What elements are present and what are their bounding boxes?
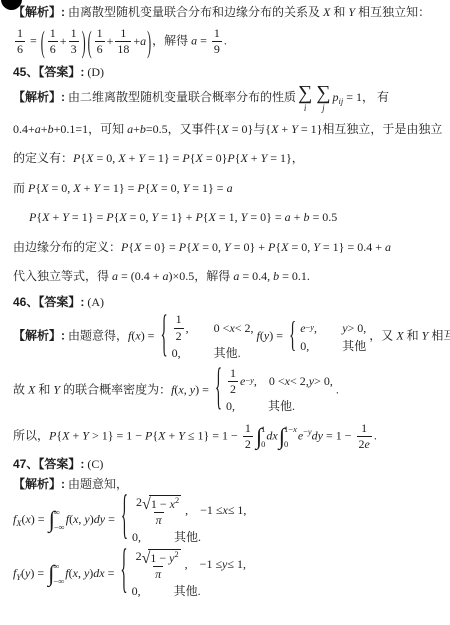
text-run: 其他: [342, 339, 366, 354]
text-run: ) =: [269, 329, 286, 343]
cases-row: 12,0 < x < 2,: [172, 313, 254, 342]
text-run: +: [278, 122, 291, 136]
text-run: +: [165, 429, 178, 443]
cases-rows: 12,0 < x < 2,0,其他.: [172, 313, 254, 360]
text-run: 1 −: [150, 551, 169, 565]
math-var: Y: [62, 210, 69, 224]
math-var: a: [140, 33, 146, 50]
cases-row: 2√1 − x2π,−1 ≤ x ≤ 1,: [132, 495, 246, 527]
text-run: 0,: [300, 339, 309, 354]
math-var: P: [137, 181, 144, 195]
math-var: X: [119, 210, 126, 224]
text-run: < 2,: [290, 374, 309, 389]
denominator: 6: [15, 41, 25, 56]
sum-lower-limit: i: [304, 104, 307, 113]
text-run: ,: [185, 503, 188, 518]
text-run: 1: [17, 26, 23, 40]
text-run: = 0} =: [247, 210, 284, 224]
text-run: ，解得: [152, 33, 191, 47]
text-run: .: [336, 382, 339, 396]
bold-label: 45、【答案】:: [13, 65, 84, 79]
numerator: 2√1 − y2: [134, 549, 183, 566]
text-run: = 0} =: [141, 240, 178, 254]
bold-label: 【解析】:: [13, 90, 65, 104]
text-run: = 1} =: [69, 210, 106, 224]
cases-group: {2√1 − x2π,−1 ≤ x ≤ 1,0,其他.: [121, 495, 247, 545]
paren-body: 16+118+a: [92, 27, 148, 56]
text-run: = 1}，: [267, 151, 304, 165]
text-run: ) =: [195, 382, 212, 396]
text-run: +: [69, 429, 82, 443]
cases-row: 0,其他: [300, 339, 366, 354]
cases-row: 0,其他.: [132, 584, 246, 599]
sum-operator: ∑j: [316, 83, 330, 113]
cases-cell: 0,: [132, 530, 162, 545]
numerator: 1: [359, 422, 369, 436]
denominator: 18: [115, 41, 131, 56]
text-run: −1 ≤: [200, 503, 222, 518]
numerator: 1: [15, 27, 25, 41]
text-run: 1: [50, 26, 56, 40]
bold-label: 【解析】:: [13, 477, 65, 491]
sum-operator: ∑i: [298, 83, 312, 113]
sigma-icon: ∑: [316, 83, 330, 103]
text-run: 1: [361, 421, 367, 435]
sqrt-radical: √1 − x2: [142, 495, 181, 511]
text-run: = 0,: [158, 181, 183, 195]
text-run: +: [41, 122, 48, 136]
denominator: 2: [174, 328, 184, 343]
sol47-fx-line: fX(x) = ∫∞−∞f(x, y)dy = {2√1 − x2π,−1 ≤ …: [13, 495, 444, 545]
text-run: = 0}: [203, 151, 228, 165]
text-run: = 0.4,: [239, 269, 273, 283]
radicand: 1 − x2: [149, 495, 181, 511]
paren-group: (16+13): [41, 27, 86, 56]
text-run: 相互独立，: [428, 329, 450, 343]
integral-lower-limit: 0: [284, 440, 297, 449]
math-var: Y: [224, 240, 231, 254]
cases-cell: 0,: [300, 339, 330, 354]
integral-upper-limit: ∞: [53, 562, 64, 571]
text-run: 6: [17, 42, 23, 56]
integral-lower-limit: 0: [261, 440, 265, 449]
sol45-step1-line: 0.4+a+b+0.1=1，可知 a+b=0.5，又事件{X = 0}与{X +…: [13, 121, 444, 138]
text-run: 2: [176, 329, 182, 343]
text-run: 由边缘分布的定义：: [13, 240, 121, 254]
left-paren-icon: (: [41, 26, 45, 56]
text-run: 由离散型随机变量联合分布和边缘分布的关系及: [65, 5, 323, 19]
text-run: = 1,: [216, 210, 241, 224]
math-var: P: [227, 151, 234, 165]
text-run: +: [60, 33, 67, 50]
denominator: 2: [228, 381, 238, 396]
math-var: X: [73, 181, 80, 195]
cases-cell: 12,: [172, 313, 202, 342]
text-run: 6: [97, 42, 103, 56]
numerator: 1: [243, 422, 253, 436]
bold-label: 47、【答案】:: [13, 457, 84, 471]
numerator: 1: [212, 27, 222, 41]
text-run: 18: [117, 42, 129, 56]
fraction: 2√1 − y2π: [134, 549, 183, 581]
math-var: x: [293, 424, 297, 434]
text-run: > 0,: [348, 321, 367, 336]
cases-rows: 2√1 − y2π,−1 ≤ y ≤ 1,0,其他.: [132, 549, 246, 599]
text-run: 相互独立知：: [355, 5, 430, 19]
integral-upper-limit: ∞: [54, 508, 65, 517]
text-run: +: [81, 181, 94, 195]
denominator: 3: [69, 41, 79, 56]
text-run: 0 <: [214, 321, 230, 336]
cases-group: {12e−y,0 < x < 2, y > 0,0,其他.: [215, 367, 333, 414]
sol46-answer-line: 46、【答案】: (A): [13, 294, 444, 311]
text-run: .: [374, 429, 377, 443]
cases-group: {2√1 − y2π,−1 ≤ y ≤ 1,0,其他.: [120, 549, 246, 599]
text-run: 6: [50, 42, 56, 56]
text-run: 其他.: [214, 346, 241, 361]
text-run: 其他.: [268, 399, 295, 414]
brace-icon: {: [215, 365, 222, 416]
sol45-step2-line: 的定义有：P{X = 0, X + Y = 1} = P{X = 0}P{X +…: [13, 150, 444, 167]
fraction: 118: [115, 27, 131, 56]
sqrt-radical: √1 − y2: [142, 549, 181, 565]
text-run: > 1} = 1 −: [89, 429, 145, 443]
sol45-analysis-line: 【解析】: 由二维离散型随机变量联合概率分布的性质∑i∑jpij = 1， 有: [13, 83, 444, 113]
cases-rows: e−y,y > 0,0,其他: [300, 321, 366, 354]
cases-cell: 0,: [226, 399, 256, 414]
text-run: 0.4+: [13, 122, 35, 136]
text-run: = 1} =: [189, 181, 226, 195]
text-run: = 0,: [48, 181, 73, 195]
math-var: Y: [178, 429, 185, 443]
text-run: ,: [186, 321, 189, 336]
cases-row: e−y,y > 0,: [300, 321, 366, 336]
text-run: )×0.5，解得: [169, 269, 234, 283]
text-run: (D): [84, 65, 104, 79]
math-var: Y: [313, 240, 320, 254]
cases-group: {e−y,y > 0,0,其他: [289, 321, 366, 354]
text-run: ,: [314, 321, 317, 336]
cases-group: {12,0 < x < 2,0,其他.: [160, 313, 253, 360]
text-run: 1: [176, 312, 182, 326]
cases-row: 0,其他.: [226, 399, 333, 414]
math-var: X: [118, 151, 125, 165]
text-run: = 1} =: [100, 181, 137, 195]
text-run: ∞: [53, 561, 59, 571]
text-run: −∞: [54, 522, 65, 532]
numerator: 1: [228, 367, 238, 381]
cases-cell: 其他.: [174, 530, 201, 545]
text-run: ∞: [54, 507, 60, 517]
text-run: ≤ 1,: [227, 557, 246, 572]
denominator: 2e: [357, 436, 372, 451]
superscript: −y: [306, 324, 314, 332]
text-run: (C): [84, 457, 103, 471]
sol46-joint-density-line: 故 X 和 Y 的联合概率密度为：f(x, y) = {12e−y,0 < x …: [13, 367, 444, 414]
cases-cell: 2√1 − y2π,: [132, 549, 188, 581]
text-run: +: [248, 151, 261, 165]
text-run: ，又: [369, 329, 396, 343]
sol45-step3-line: 而 P{X = 0, X + Y = 1} = P{X = 0, Y = 1} …: [13, 180, 444, 197]
numerator: 1: [95, 27, 105, 41]
text-run: 和: [35, 382, 53, 396]
text-run: = 1} +: [158, 210, 195, 224]
bold-label: 【解析】:: [13, 5, 65, 19]
text-run: +: [133, 33, 140, 50]
cases-row: 0,其他.: [132, 530, 246, 545]
denominator: 2: [243, 436, 253, 451]
text-run: 1: [97, 26, 103, 40]
numerator: 1: [48, 27, 58, 41]
text-run: ,: [254, 374, 257, 389]
text-run: = 1} =: [145, 151, 182, 165]
bold-label: 46、【答案】:: [13, 295, 84, 309]
sum-lower-limit: j: [322, 104, 325, 113]
sol47-answer-line: 47、【答案】: (C): [13, 456, 444, 473]
text-run: 1−: [284, 424, 293, 434]
text-run: +: [133, 122, 140, 136]
text-run: > 0,: [314, 374, 333, 389]
text-run: = 1} = 0.4 +: [320, 240, 385, 254]
cases-rows: 2√1 − x2π,−1 ≤ x ≤ 1,0,其他.: [132, 495, 246, 545]
text-run: 代入独立等式，得: [13, 269, 112, 283]
text-run: < 2,: [235, 321, 254, 336]
integral-operator: ∫10: [256, 424, 266, 450]
denominator: π: [153, 566, 163, 581]
math-var: X: [240, 151, 247, 165]
text-run: 3: [71, 42, 77, 56]
sol45-step4-line: P{X + Y = 1} = P{X = 0, Y = 1} + P{X = 1…: [29, 209, 444, 226]
text-run: 1: [120, 26, 126, 40]
cases-cell: 其他: [342, 339, 366, 354]
cases-cell: y > 0,: [342, 321, 366, 336]
sol46-analysis-line: 【解析】: 由题意得，f(x) = {12,0 < x < 2,0,其他.f(y…: [13, 313, 444, 360]
math-var: π: [155, 567, 161, 581]
text-run: 其他.: [174, 584, 201, 599]
integral-lower-limit: −∞: [53, 577, 64, 586]
text-run: 的联合概率密度为：: [60, 382, 171, 396]
math-var: Y: [82, 429, 89, 443]
text-run: 0: [261, 439, 265, 449]
integral-operator: ∫∞−∞: [48, 561, 64, 587]
text-run: 0,: [132, 530, 141, 545]
right-paren-icon: ): [82, 26, 86, 56]
sol44-analysis-line: 【解析】: 由离散型随机变量联合分布和边缘分布的关系及 X 和 Y 相互独立知：: [13, 4, 444, 21]
text-run: 2: [174, 550, 178, 559]
cases-cell: −1 ≤ y ≤ 1,: [200, 557, 246, 572]
text-run: 2: [230, 382, 236, 396]
fraction: 16: [15, 27, 25, 56]
superscript: −y: [303, 428, 311, 437]
right-paren-icon: ): [147, 26, 151, 56]
text-run: 0,: [132, 584, 141, 599]
text-run: =: [105, 511, 118, 525]
text-run: ,: [185, 557, 188, 572]
integral-limits: 10: [261, 424, 265, 450]
text-run: =: [27, 33, 40, 47]
text-run: =0.5，又事件{: [146, 122, 222, 136]
math-var: X: [195, 151, 202, 165]
text-run: = 1 −: [323, 429, 355, 443]
text-run: 0: [284, 439, 288, 449]
math-var: π: [156, 513, 162, 527]
cases-row: 12e−y,0 < x < 2, y > 0,: [226, 367, 333, 396]
text-run: +: [49, 210, 62, 224]
text-run: = 1}相互独立，于是由独立: [298, 122, 443, 136]
cases-row: 2√1 − y2π,−1 ≤ y ≤ 1,: [132, 549, 246, 581]
fraction: 12: [228, 367, 238, 396]
fraction: 16: [95, 27, 105, 56]
cases-cell: 其他.: [214, 346, 241, 361]
sigma-icon: ∑: [298, 83, 312, 103]
math-var: P: [106, 210, 113, 224]
document-page: 【解析】: 由离散型随机变量联合分布和边缘分布的关系及 X 和 Y 相互独立知：…: [0, 0, 450, 625]
cases-cell: e−y,: [300, 321, 330, 336]
text-run: ≤ 1} = 1 −: [185, 429, 241, 443]
numerator: 2√1 − x2: [134, 495, 183, 512]
text-run: 和: [404, 329, 422, 343]
cases-cell: 2√1 − x2π,: [132, 495, 188, 527]
text-run: = 0,: [93, 151, 118, 165]
sol45-answer-line: 45、【答案】: (D): [13, 64, 444, 81]
denominator: 9: [212, 41, 222, 56]
text-run: +: [291, 210, 304, 224]
denominator: 6: [95, 41, 105, 56]
superscript: 2: [175, 496, 179, 505]
text-run: = 0.1.: [279, 269, 310, 283]
denominator: π: [154, 512, 164, 527]
numerator: 1: [118, 27, 128, 41]
superscript: 2: [174, 550, 178, 559]
text-run: = 0.5: [309, 210, 337, 224]
integral-operator: ∫∞−∞: [49, 507, 65, 533]
solutions-document: 【解析】: 由离散型随机变量联合分布和边缘分布的关系及 X 和 Y 相互独立知：…: [13, 4, 444, 599]
superscript: −y: [245, 377, 253, 385]
text-run: = 0,: [127, 210, 152, 224]
integral-limits: 1−x0: [284, 424, 297, 450]
brace-icon: {: [120, 547, 127, 601]
text-run: 1 −: [151, 497, 170, 511]
cases-cell: 0 < x < 2,: [214, 321, 254, 336]
text-run: = 0,: [288, 240, 313, 254]
integral-limits: ∞−∞: [53, 561, 64, 587]
math-var: dx: [93, 566, 104, 580]
text-run: ≤ 1,: [228, 503, 247, 518]
text-run: +: [107, 33, 114, 50]
brace-icon: {: [160, 312, 167, 363]
fraction: 13: [69, 27, 79, 56]
text-run: = 0} +: [231, 240, 268, 254]
text-run: 2: [175, 496, 179, 505]
paren-group: (16+118+a): [88, 27, 152, 56]
text-run: +: [126, 151, 139, 165]
left-paren-icon: (: [88, 26, 92, 56]
fraction: 12: [174, 313, 184, 342]
brace-icon: {: [121, 493, 128, 547]
text-run: = (0.4 +: [118, 269, 163, 283]
math-var: P: [182, 151, 189, 165]
text-run: 1: [230, 366, 236, 380]
sol46-probability-line: 所以，P{X + Y > 1} = 1 − P{X + Y ≤ 1} = 1 −…: [13, 422, 444, 451]
sol45-step5-line: 由边缘分布的定义：P{X = 0} = P{X = 0, Y = 0} + P{…: [13, 239, 444, 256]
integral-limits: ∞−∞: [54, 507, 65, 533]
sol47-analysis-line: 【解析】: 由题意知，: [13, 476, 444, 493]
text-run: 0 <: [269, 374, 285, 389]
text-run: 由二维离散型随机变量联合概率分布的性质: [65, 90, 296, 104]
text-run: 的定义有：: [13, 151, 73, 165]
fraction: 19: [212, 27, 222, 56]
text-run: ) =: [31, 511, 48, 525]
math-var: a: [385, 240, 391, 254]
text-run: 由题意得，: [65, 329, 128, 343]
math-var: X: [221, 122, 228, 136]
cases-cell: 其他.: [174, 584, 201, 599]
text-run: +0.1=1，可知: [54, 122, 128, 136]
text-run: 2: [245, 437, 251, 451]
math-var: dx: [266, 429, 277, 443]
fraction: 12e: [357, 422, 372, 451]
text-run: =: [197, 33, 210, 47]
paren-body: 16+13: [45, 27, 82, 56]
text-run: = 0,: [199, 240, 224, 254]
math-var: dy: [94, 511, 105, 525]
text-run: = 0}与{: [229, 122, 271, 136]
math-var: X: [396, 329, 403, 343]
cases-cell: 0,: [132, 584, 162, 599]
cases-cell: 其他.: [268, 399, 295, 414]
denominator: 6: [48, 41, 58, 56]
integral-operator: ∫1−x0: [279, 424, 297, 450]
text-run: 1: [245, 421, 251, 435]
text-run: 由题意知，: [65, 477, 128, 491]
cases-cell: 12e−y,: [226, 367, 257, 396]
text-run: −∞: [53, 576, 64, 586]
text-run: = 1， 有: [343, 90, 389, 104]
text-run: 1: [261, 424, 265, 434]
integral-lower-limit: −∞: [54, 523, 65, 532]
text-run: 和: [330, 5, 348, 19]
math-var: a: [227, 181, 233, 195]
math-var: Y: [291, 122, 298, 136]
text-run: 1: [71, 26, 77, 40]
integral-upper-limit: 1: [261, 425, 265, 434]
math-var: X: [150, 181, 157, 195]
math-var: P: [179, 240, 186, 254]
text-run: (A): [84, 295, 104, 309]
fraction: 12: [243, 422, 253, 451]
bold-label: 【解析】:: [13, 329, 65, 343]
cases-cell: −1 ≤ x ≤ 1,: [200, 503, 246, 518]
text-run: 0,: [226, 399, 235, 414]
cases-rows: 12e−y,0 < x < 2, y > 0,0,其他.: [226, 367, 333, 414]
text-run: ) =: [141, 329, 158, 343]
math-var: e: [365, 437, 370, 451]
text-run: ) =: [30, 566, 47, 580]
cases-cell: 0 < x < 2, y > 0,: [269, 374, 333, 389]
numerator: 1: [69, 27, 79, 41]
text-run: 9: [214, 42, 220, 56]
text-run: 0,: [172, 346, 181, 361]
text-run: 1: [214, 26, 220, 40]
fraction: 16: [48, 27, 58, 56]
brace-icon: {: [289, 319, 296, 355]
cases-row: 0,其他.: [172, 346, 254, 361]
integral-upper-limit: 1−x: [284, 425, 297, 434]
text-run: 故: [13, 382, 28, 396]
numerator: 1: [174, 313, 184, 327]
math-var: X: [209, 210, 216, 224]
text-run: .: [224, 33, 227, 47]
